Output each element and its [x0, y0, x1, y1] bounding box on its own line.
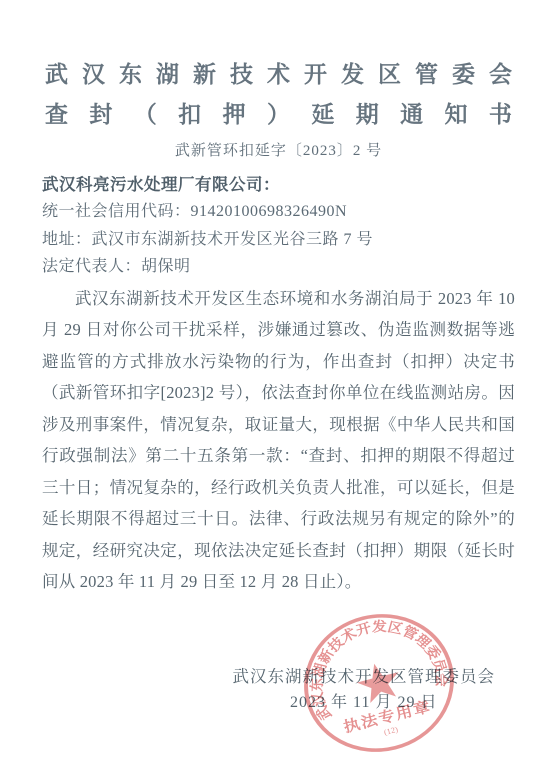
recipient-line: 武汉科亮污水处理厂有限公司：: [42, 171, 515, 198]
issuing-authority: 武汉东湖新技术开发区管理委员会: [233, 664, 496, 690]
document-content: 武汉东湖新技术开发区管委会 查封（扣押）延期通知书 武新管环扣延字〔2023〕2…: [0, 0, 555, 775]
issue-date: 2023 年 11 月 29 日: [233, 690, 496, 716]
title-line-2: 查封（扣押）延期通知书: [45, 95, 512, 135]
scanned-notice-document: 武汉东湖新技术开发区管委会 查封（扣押）延期通知书 武新管环扣延字〔2023〕2…: [0, 0, 555, 775]
document-title: 武汉东湖新技术开发区管委会 查封（扣押）延期通知书: [45, 55, 512, 135]
legal-representative-line: 法定代表人：胡保明: [42, 253, 515, 281]
notice-body-paragraph: 武汉东湖新技术开发区生态环境和水务湖泊局于 2023 年 10 月 29 日对你…: [42, 283, 515, 598]
address-line: 地址：武汉市东湖新技术开发区光谷三路 7 号: [42, 226, 515, 254]
credit-code-line: 统一社会信用代码：91420100698326490N: [42, 198, 515, 226]
title-line-1: 武汉东湖新技术开发区管委会: [45, 55, 512, 95]
document-number: 武新管环扣延字〔2023〕2 号: [42, 139, 515, 163]
signature-block: 武汉东湖新技术开发区管理委员会 2023 年 11 月 29 日: [42, 664, 515, 716]
